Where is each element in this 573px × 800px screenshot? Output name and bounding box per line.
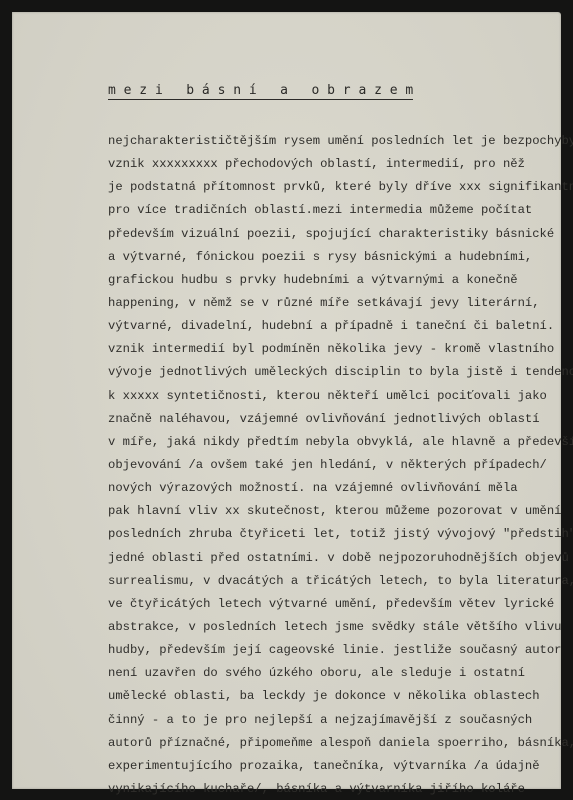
text-line: autorů příznačné, připomeňme alespoň dan…	[108, 732, 568, 755]
text-line: k xxxxx syntetičnosti, kterou někteří um…	[108, 385, 568, 408]
text-line: pro více tradičních oblastí.mezi interme…	[108, 199, 568, 222]
text-line: happening, v němž se v různé míře setkáv…	[108, 292, 568, 315]
text-line: je podstatná přítomnost prvků, které byl…	[108, 176, 568, 199]
text-line: jedné oblasti před ostatními. v době nej…	[108, 547, 568, 570]
text-line: není uzavřen do svého úzkého oboru, ale …	[108, 662, 568, 685]
text-line: a výtvarné, fónickou poezii s rysy básni…	[108, 246, 568, 269]
text-line: vývoje jednotlivých uměleckých disciplin…	[108, 361, 568, 384]
text-line: abstrakce, v posledních letech jsme svěd…	[108, 616, 568, 639]
body-text: nejcharakterističtějším rysem umění posl…	[108, 130, 568, 800]
text-line: činný - a to je pro nejlepší a nejzajíma…	[108, 709, 568, 732]
typewritten-page: m e z i b á s n í a o b r a z e m nejcha…	[12, 12, 561, 789]
text-line: objevování /a ovšem také jen hledání, v …	[108, 454, 568, 477]
text-line: vznik intermedií byl podmíněn několika j…	[108, 338, 568, 361]
text-line: vznik xxxxxxxxx přechodových oblastí, in…	[108, 153, 568, 176]
text-line: vynikajícího kuchaře/, básníka a výtvarn…	[108, 778, 568, 800]
text-line: výtvarné, divadelní, hudební a případně …	[108, 315, 568, 338]
text-line: posledních zhruba čtyřiceti let, totiž j…	[108, 523, 568, 546]
text-line: ve čtyřicátých letech výtvarné umění, př…	[108, 593, 568, 616]
text-line: pak hlavní vliv xx skutečnost, kterou mů…	[108, 500, 568, 523]
text-line: nejcharakterističtějším rysem umění posl…	[108, 130, 568, 153]
text-line: surrealismu, v dvacátých a třicátých let…	[108, 570, 568, 593]
text-line: umělecké oblasti, ba leckdy je dokonce v…	[108, 685, 568, 708]
text-line: především vizuální poezii, spojující cha…	[108, 223, 568, 246]
text-line: experimentujícího prozaika, tanečníka, v…	[108, 755, 568, 778]
text-line: hudby, především její cageovské linie. j…	[108, 639, 568, 662]
text-line: nových výrazových možností. na vzájemné …	[108, 477, 568, 500]
text-line: značně naléhavou, vzájemné ovlivňování j…	[108, 408, 568, 431]
text-line: v míře, jaká nikdy předtím nebyla obvykl…	[108, 431, 568, 454]
page-title: m e z i b á s n í a o b r a z e m	[108, 84, 413, 100]
text-line: grafickou hudbu s prvky hudebními a výtv…	[108, 269, 568, 292]
